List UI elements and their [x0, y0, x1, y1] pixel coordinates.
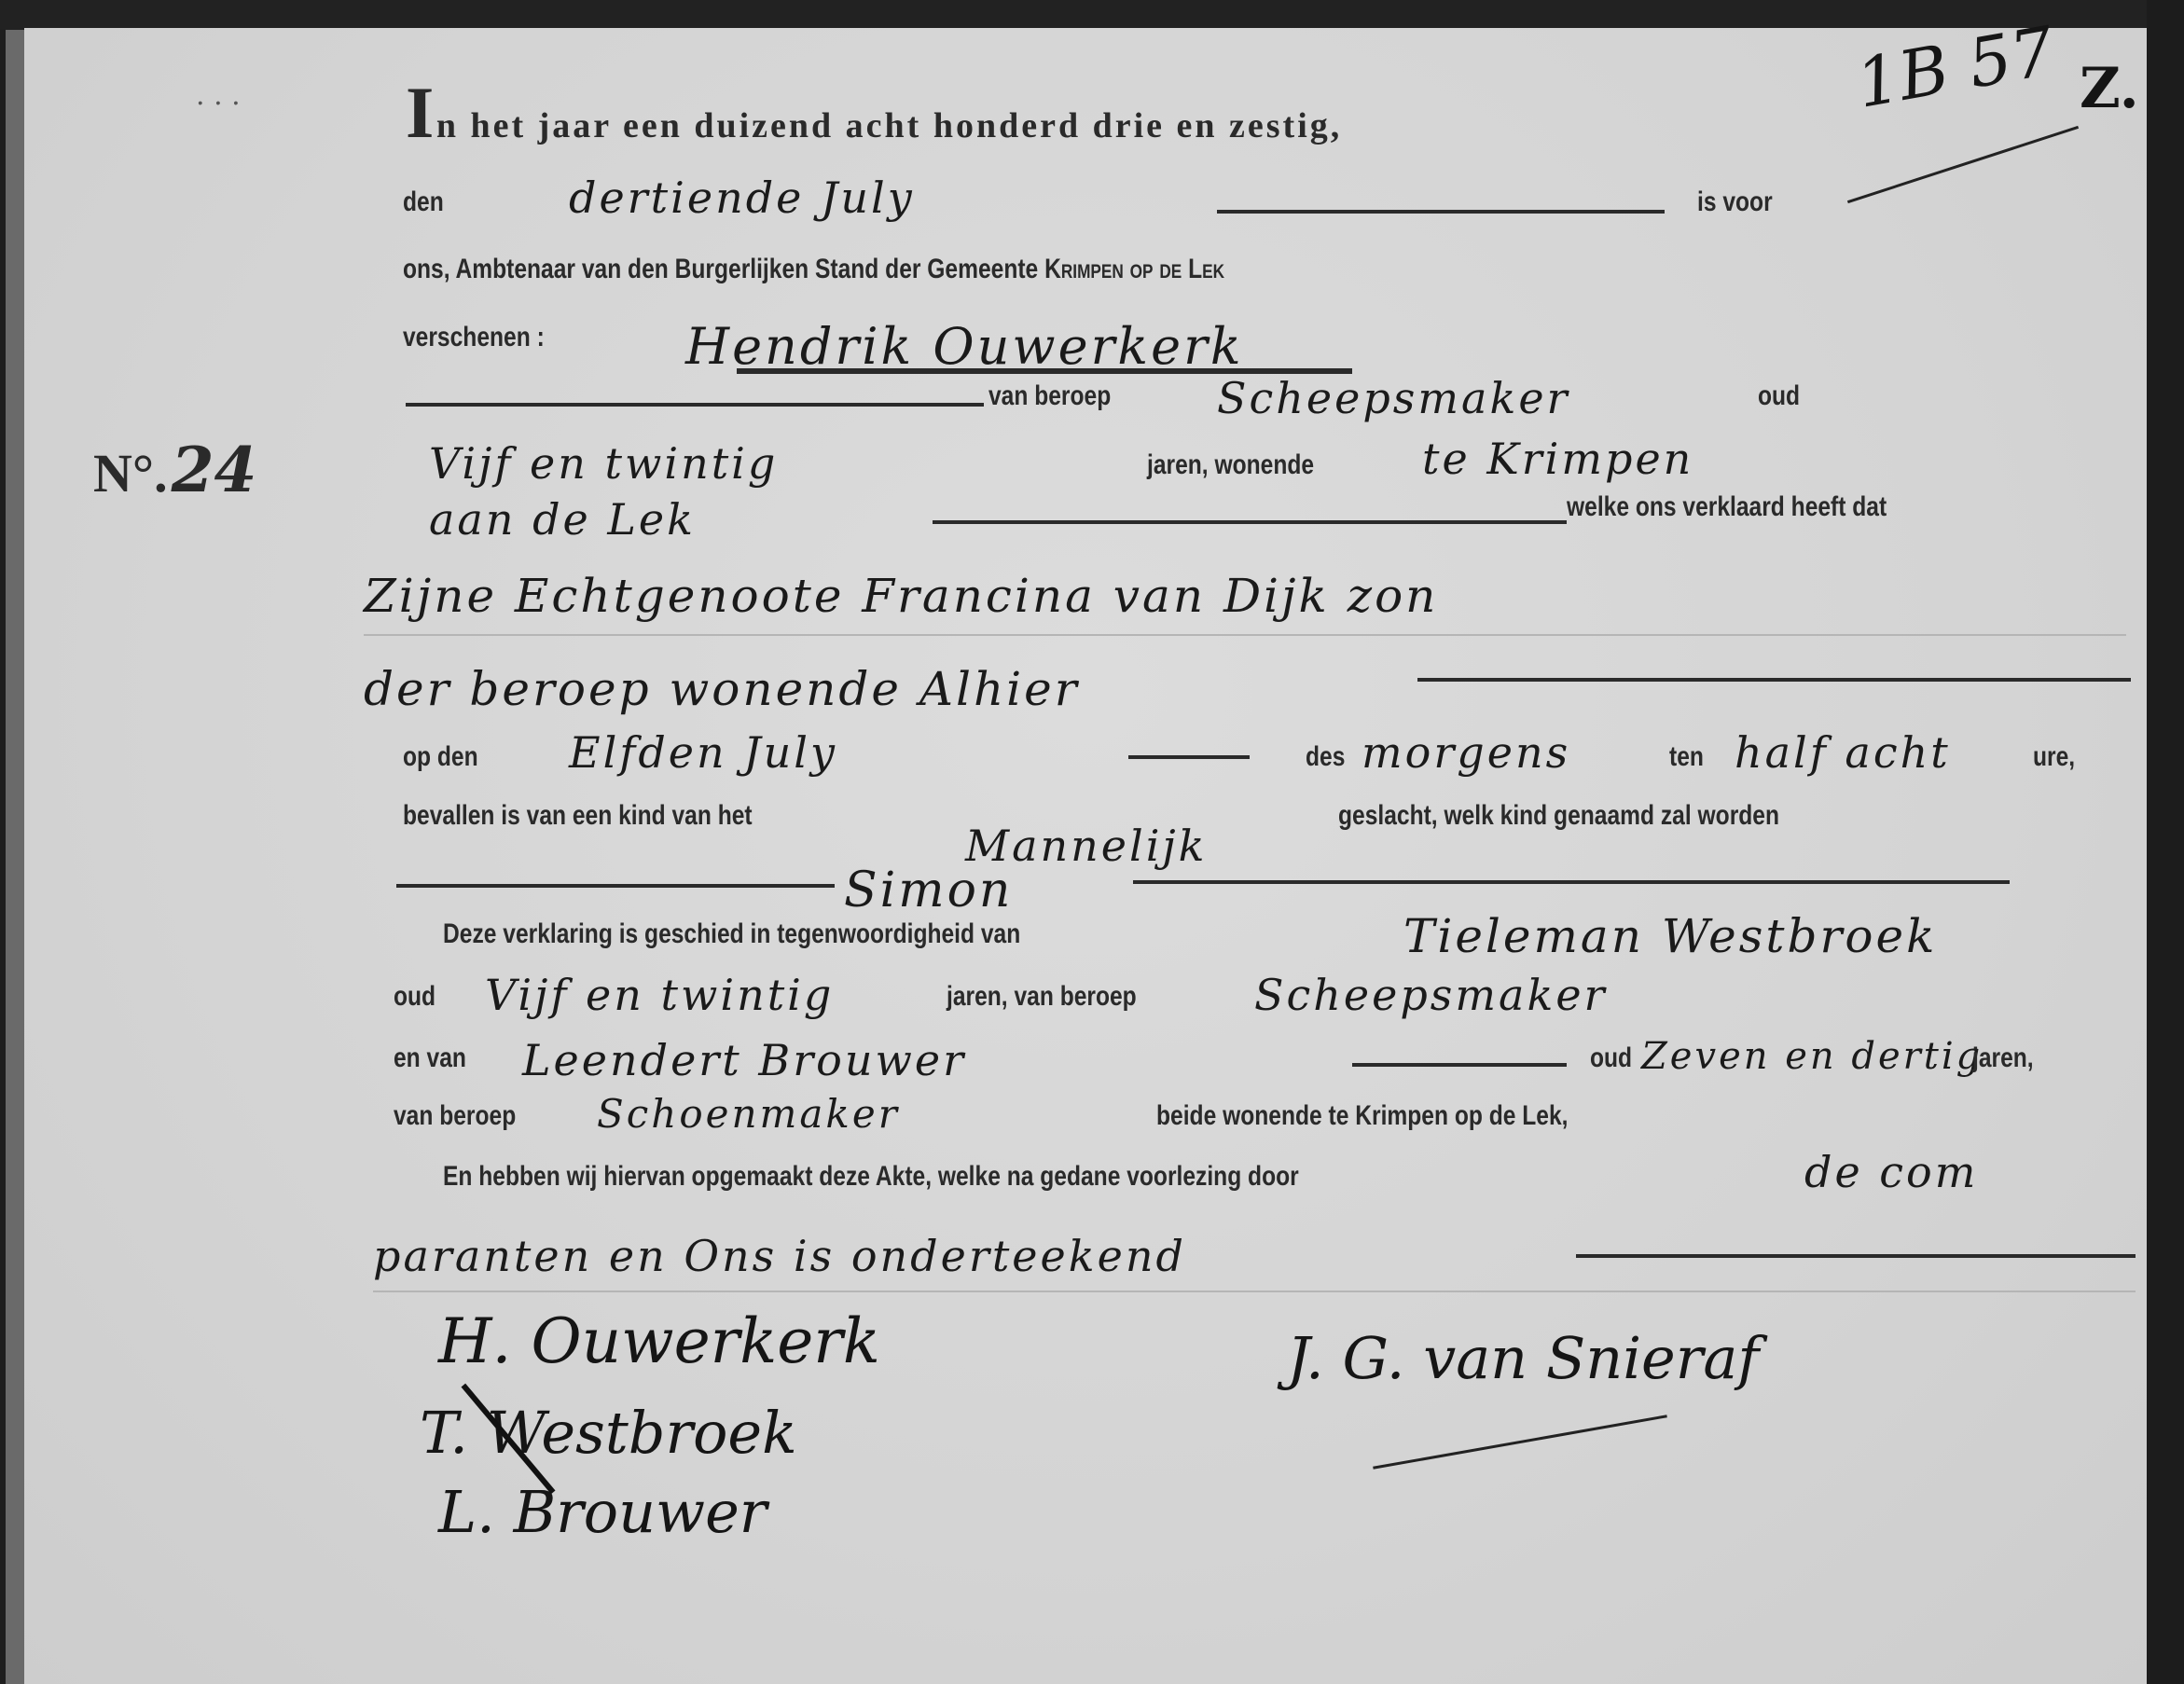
ruled-line [364, 634, 2126, 636]
scan-right-border [2147, 0, 2184, 1684]
signature-official: J. G. van Snieraf [1287, 1324, 1759, 1392]
official-line: ons, Ambtenaar van den Burgerlijken Stan… [403, 254, 1224, 285]
label-oud: oud [394, 981, 435, 1013]
fill-line [396, 884, 835, 888]
label-en-van: en van [394, 1042, 466, 1074]
municipality-name: Krimpen op de Lek [1044, 254, 1224, 284]
label-jaren: jaren, [1972, 1042, 2034, 1074]
handwritten-spouse-cont: der beroep wonende Alhier [364, 662, 1080, 716]
official-text: ons, Ambtenaar van den Burgerlijken Stan… [403, 254, 1038, 284]
label-bevallen: bevallen is van een kind van het [403, 800, 753, 832]
handwritten-witness2-occupation: Schoenmaker [597, 1091, 900, 1137]
handwritten-witness1: Tieleman Westbroek [1403, 909, 1937, 963]
handwritten-residence: te Krimpen [1422, 434, 1693, 484]
scan-top-border [0, 0, 2184, 30]
fill-line [933, 520, 1567, 524]
label-oud-2: oud [1590, 1042, 1632, 1074]
year-text: n het jaar een duizend acht honderd drie… [436, 106, 1342, 145]
intro-line: In het jaar een duizend acht honderd dri… [406, 76, 1342, 149]
label-op-den: op den [403, 741, 478, 773]
label-van-beroep-2: van beroep [394, 1100, 516, 1132]
label-deze-verklaring: Deze verklaring is geschied in tegenwoor… [443, 918, 1020, 950]
fill-line [1417, 678, 2131, 682]
fill-line [406, 403, 984, 407]
handwritten-time: half acht [1735, 727, 1951, 778]
scan-left-binding [6, 30, 24, 1684]
handwritten-occupation: Scheepsmaker [1217, 373, 1570, 423]
record-number: N°. 24 [93, 434, 256, 506]
margin-dots: . . . [196, 79, 241, 112]
signature-declarant: H. Ouwerkerk [438, 1305, 880, 1377]
label-jaren-van-beroep: jaren, van beroep [947, 981, 1137, 1013]
dropcap-letter: I [406, 72, 435, 153]
fill-line [1352, 1063, 1567, 1067]
label-verschenen: verschenen : [403, 322, 545, 353]
label-welke-ons: welke ons verklaard heeft dat [1567, 491, 1887, 523]
handwritten-date: dertiende July [569, 173, 915, 223]
handwritten-witness1-age: Vijf en twintig [485, 970, 834, 1020]
signature-witness1: T. Westbroek [420, 1399, 797, 1467]
label-ten: ten [1669, 741, 1704, 773]
label-en-hebben: En hebben wij hiervan opgemaakt deze Akt… [443, 1161, 1299, 1193]
corner-annotation-mark: Z. [2080, 56, 2139, 121]
handwritten-witness2: Leendert Brouwer [522, 1035, 966, 1085]
fill-line [1217, 210, 1665, 214]
handwritten-residence-cont: aan de Lek [429, 494, 696, 545]
handwritten-spouse: Zijne Echtgenoote Francina van Dijk zon [364, 569, 1438, 623]
handwritten-comparanten: de com [1804, 1147, 1978, 1197]
handwritten-witness2-age: Zeven en dertig [1641, 1035, 1983, 1078]
label-ure: ure, [2033, 741, 2075, 773]
handwritten-birth-date: Elfden July [569, 727, 837, 778]
ruled-line [373, 1291, 2136, 1292]
record-number-label: N°. [93, 443, 168, 504]
label-des: des [1306, 741, 1345, 773]
handwritten-onderteekend: paranten en Ons is onderteekend [373, 1231, 1186, 1281]
label-oud: oud [1758, 380, 1800, 412]
label-is-voor: is voor [1697, 186, 1773, 218]
label-den: den [403, 186, 444, 218]
handwritten-age: Vijf en twintig [429, 438, 778, 489]
handwritten-child-name: Simon [844, 863, 1013, 918]
handwritten-declarant-name: Hendrik Ouwerkerk [685, 317, 1244, 376]
handwritten-witness1-occupation: Scheepsmaker [1254, 970, 1608, 1020]
signature-witness2: L. Brouwer [438, 1478, 767, 1546]
fill-line [1128, 755, 1250, 759]
label-jaren-wonende: jaren, wonende [1147, 449, 1314, 481]
label-beide-wonende: beide wonende te Krimpen op de Lek, [1156, 1100, 1569, 1132]
handwritten-daypart: morgens [1362, 727, 1570, 778]
label-van-beroep: van beroep [988, 380, 1111, 412]
fill-line [1576, 1254, 2136, 1258]
fill-line [1133, 880, 2010, 884]
record-number-value: 24 [172, 434, 257, 506]
label-geslacht: geslacht, welk kind genaamd zal worden [1338, 800, 1779, 832]
